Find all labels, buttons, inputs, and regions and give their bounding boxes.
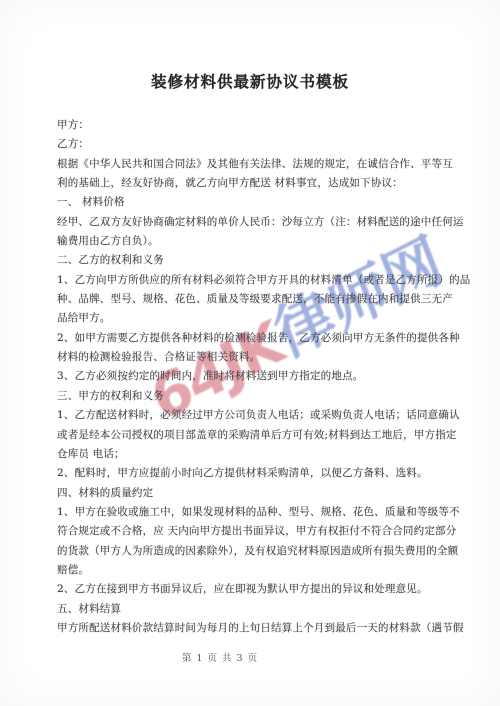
doc-line: 2、乙方在接到甲方书面异议后，应在即视为默认甲方提出的异议和处理意见。 xyxy=(57,580,477,599)
doc-line: 2、如甲方需要乙方提供各种材料的检测检验报告，乙方必须向甲方无条件的提供各种 xyxy=(57,329,477,348)
doc-line: 仓库员 电话； xyxy=(57,445,477,464)
doc-line: 一、 材料价格 xyxy=(57,193,477,212)
document-title: 装修材料供最新协议书模板 xyxy=(0,70,500,92)
doc-line: 三、甲方的权利和义务 xyxy=(57,387,477,406)
doc-line: 利的基础上，经友好协商，就乙方向甲方配送 材料事宜，达成如下协议： xyxy=(57,174,477,193)
doc-line: 1、甲方在验收或施工中，如果发现材料的品种、型号、规格、花色、质量和等级等不 xyxy=(57,503,477,522)
doc-line: 的货款（甲方人为所造成的因素除外），及有权追究材料原因造成所有损失费用的全额 xyxy=(57,542,477,561)
doc-line: 五、材料结算 xyxy=(57,600,477,619)
doc-line: 根据《中华人民共和国合同法》及其他有关法律、法规的规定，在诚信合作、平等互 xyxy=(57,155,477,174)
document-body: 甲方：乙方：根据《中华人民共和国合同法》及其他有关法律、法规的规定，在诚信合作、… xyxy=(57,116,477,638)
doc-line: 甲方： xyxy=(57,116,477,135)
doc-line: 种、品牌、型号、规格、花色、质量及等级要求配送，不能有掺假在内和提供三无产 xyxy=(57,290,477,309)
doc-line: 1、乙方向甲方所供应的所有材料必须符合甲方开具的材料清单（或者是乙方所报）的品 xyxy=(57,271,477,290)
doc-line: 1、乙方配送材料时，必须经过甲方公司负责人电话；或采购负责人电话；话同意确认 xyxy=(57,406,477,425)
page-number-indicator: 第 1 页 共 3 页 xyxy=(0,650,440,664)
doc-line: 二、乙方的权利和义务 xyxy=(57,251,477,270)
doc-line: 材料的检测检验报告、合格证等相关资料。 xyxy=(57,348,477,367)
doc-line: 3、乙方必须按约定的时间内，准时将材料送到甲方指定的地点。 xyxy=(57,367,477,386)
doc-line: 品给甲方。 xyxy=(57,309,477,328)
doc-line: 符合规定或不合格，应 天内向甲方提出书面异议，甲方有权拒付不符合合同约定部分 xyxy=(57,522,477,541)
doc-line: 输费用由乙方自负）。 xyxy=(57,232,477,251)
doc-line: 或者是经本公司授权的项目部盖章的采购清单后方可有效;材料到达工地后，甲方指定 xyxy=(57,426,477,445)
doc-line: 赔偿。 xyxy=(57,561,477,580)
doc-line: 经甲、乙双方友好协商确定材料的单价人民币：沙每立方（注：材料配送的途中任何运 xyxy=(57,213,477,232)
document-page: 装修材料供最新协议书模板 64JK律师网 甲方：乙方：根据《中华人民共和国合同法… xyxy=(0,0,500,706)
doc-line: 2、配料时，甲方应提前小时向乙方提供材料采购清单，以便乙方备料、选料。 xyxy=(57,464,477,483)
doc-line: 乙方： xyxy=(57,135,477,154)
doc-line: 甲方所配送材料价款结算时间为每月的上旬日结算上个月到最后一天的材料款（遇节假 xyxy=(57,619,477,638)
doc-line: 四、材料的质量约定 xyxy=(57,484,477,503)
